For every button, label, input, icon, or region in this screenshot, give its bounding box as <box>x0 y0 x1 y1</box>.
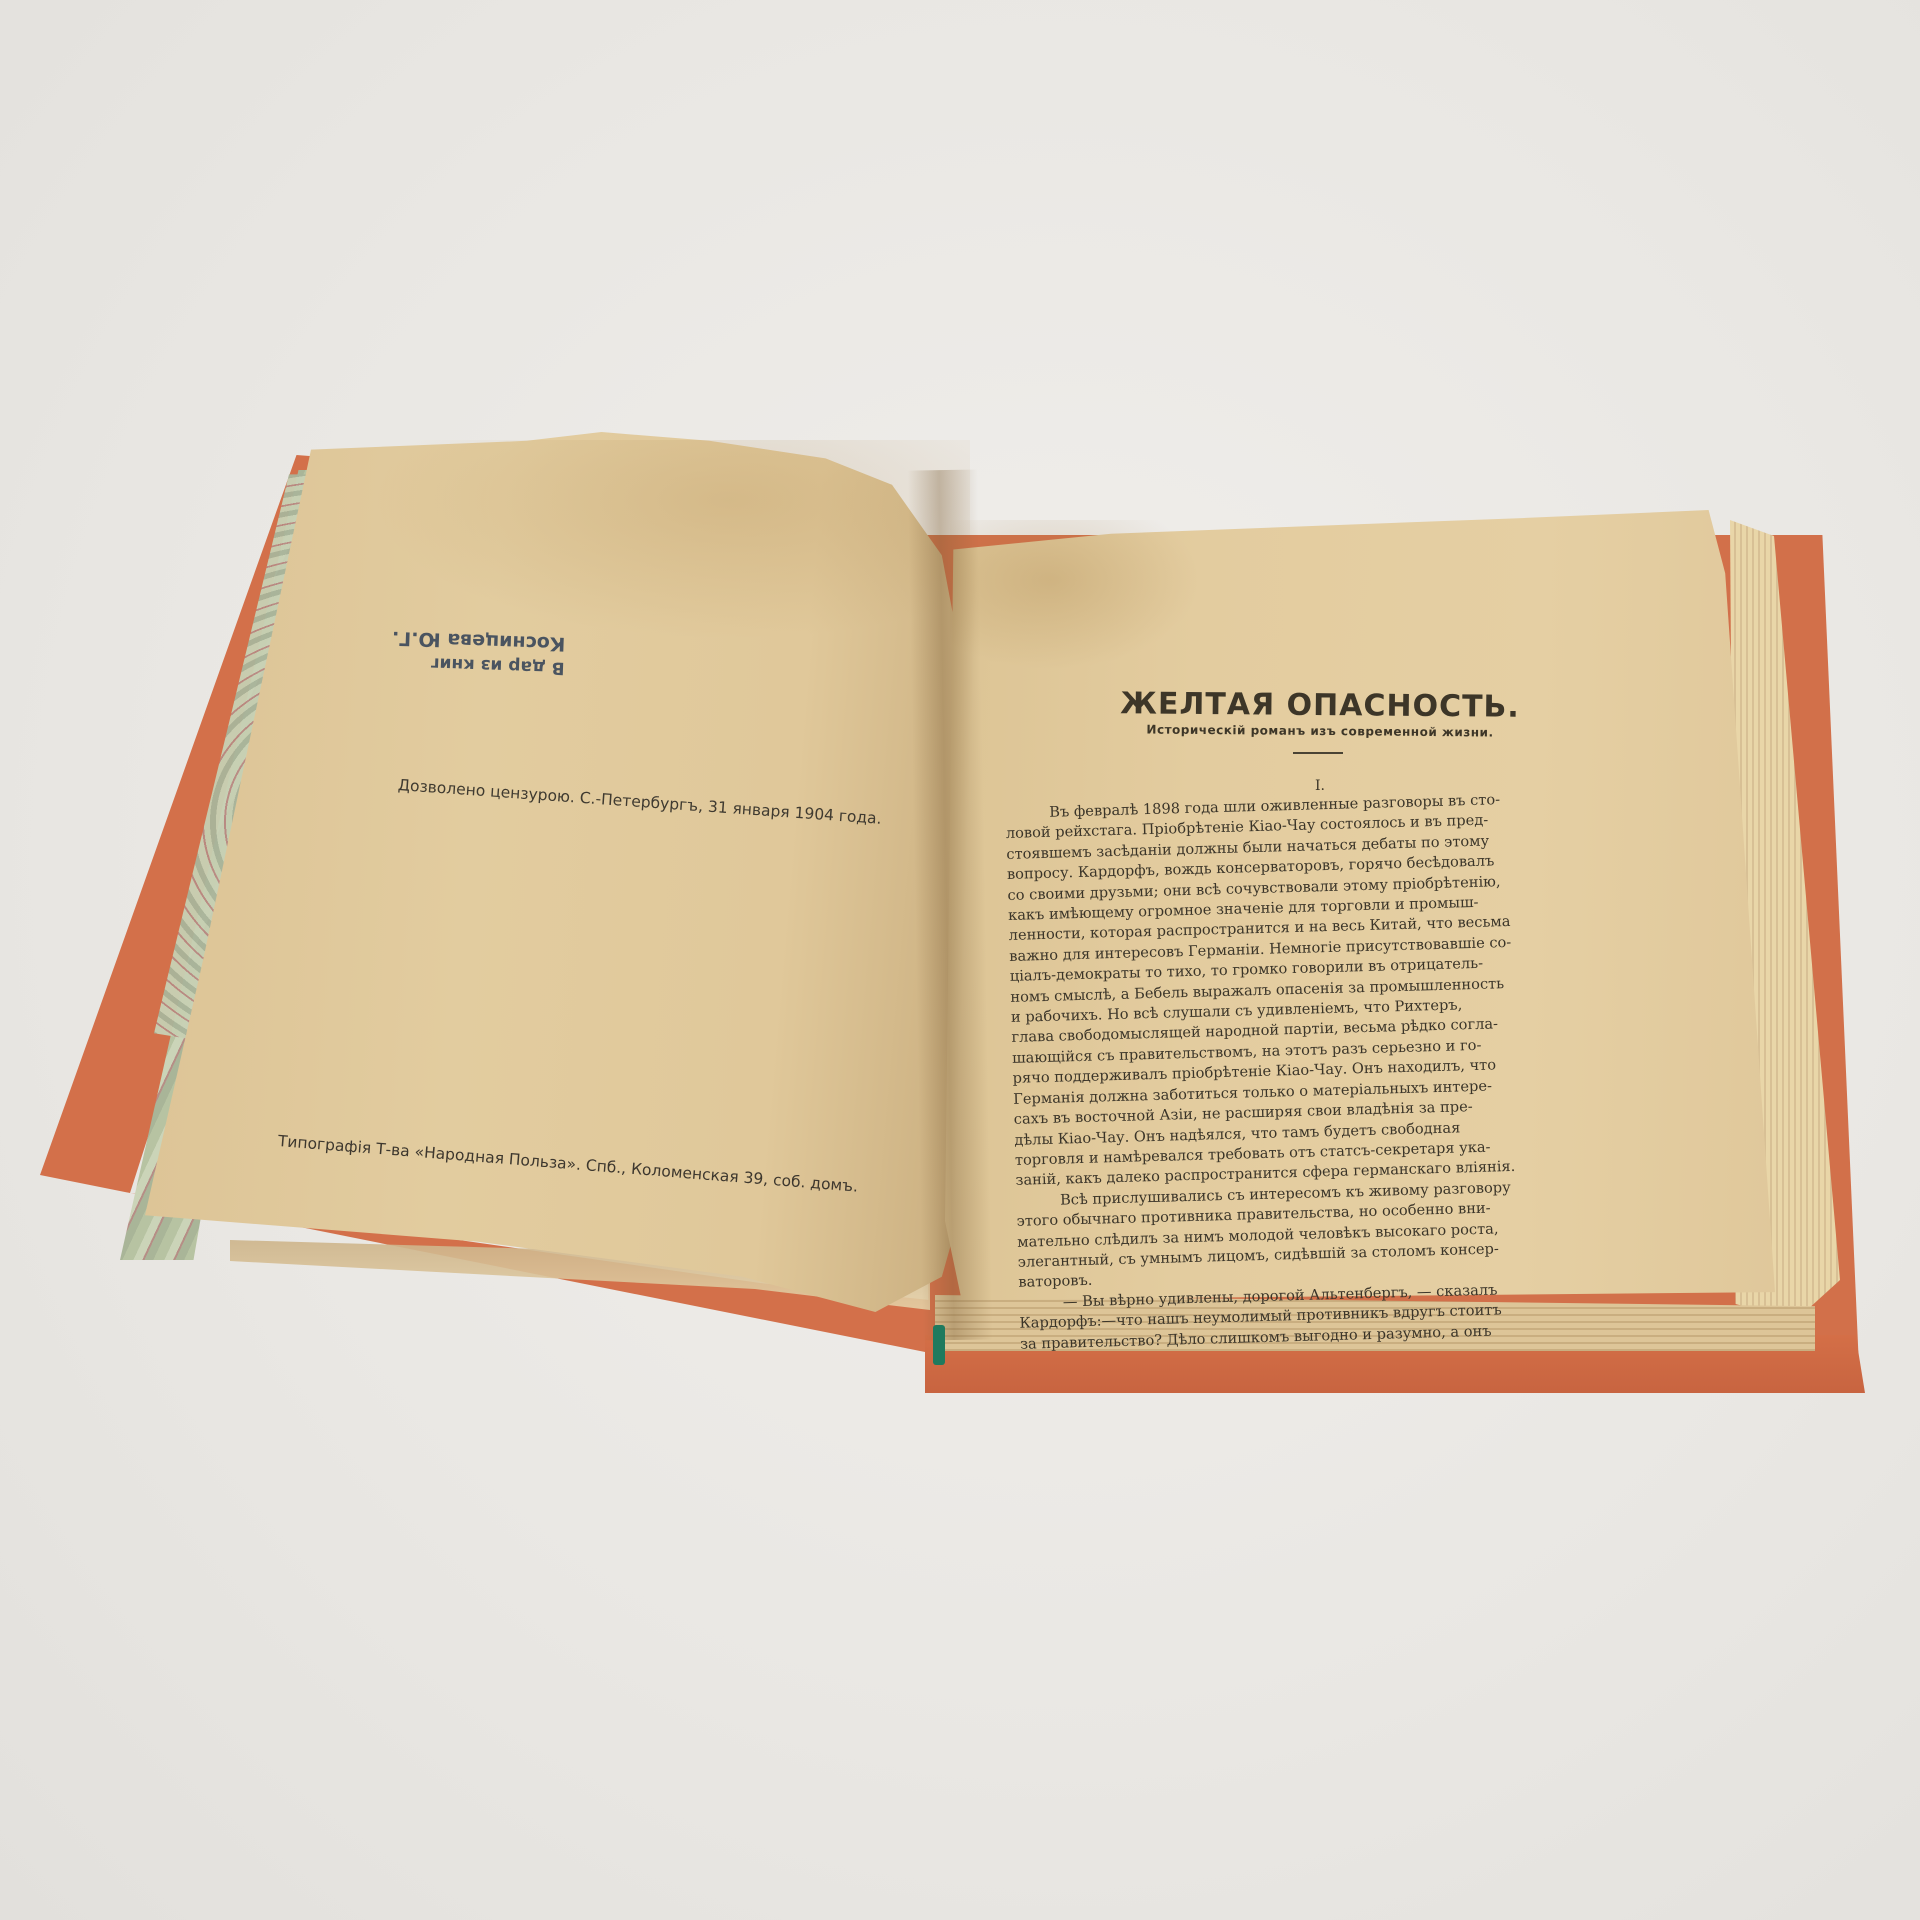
ownership-stamp: В дар из книг Косницева Ю.Г. <box>344 624 566 680</box>
chapter-number: I. <box>1300 778 1340 794</box>
book-title: ЖЕЛТАЯ ОПАСНОСТЬ. <box>1100 686 1540 725</box>
book-photo-scene: В дар из книг Косницева Ю.Г. Дозволено ц… <box>0 0 1920 1920</box>
title-divider <box>1293 752 1343 754</box>
right-page-stain <box>950 520 1200 670</box>
bookmark-ribbon <box>933 1325 945 1365</box>
left-page-stain <box>370 440 970 640</box>
body-text: Въ февралѣ 1898 года шли оживленные разг… <box>1005 787 1640 1355</box>
